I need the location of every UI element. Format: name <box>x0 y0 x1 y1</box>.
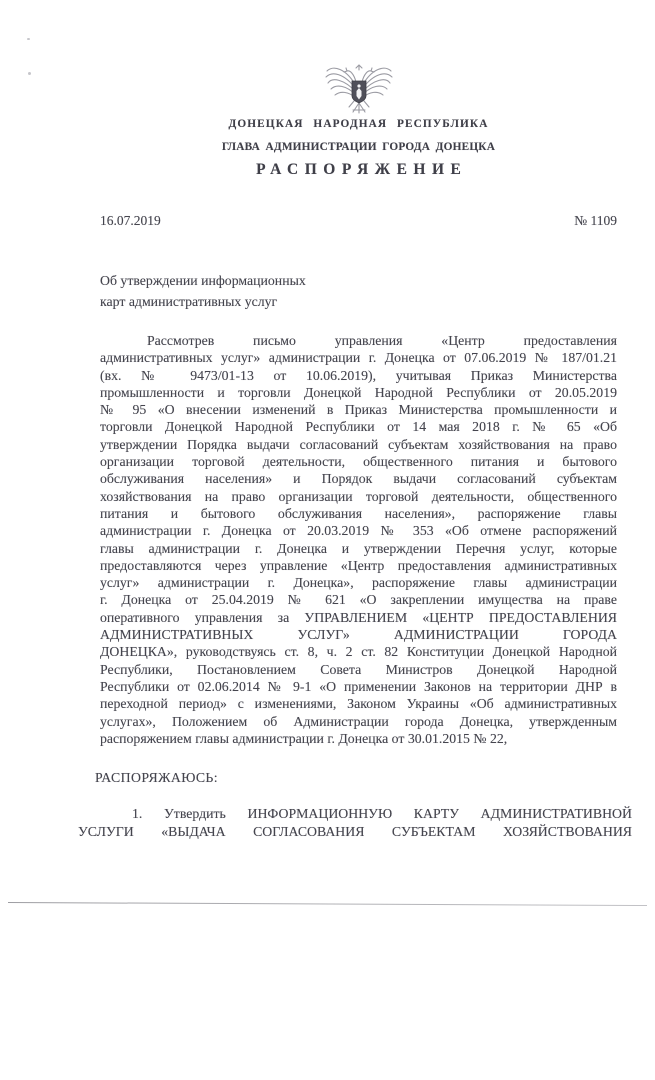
document-type-title: РАСПОРЯЖЕНИЕ <box>100 161 617 179</box>
text-line: АДМИНИСТРАТИВНЫХ УСЛУГ» АДМИНИСТРАЦИИ ГО… <box>100 626 617 643</box>
text-line: услугах», Положением об Администрации го… <box>100 713 617 730</box>
body-paragraph: Рассмотрев письмо управления «Центр пред… <box>100 332 617 747</box>
text-line: 1. Утвердить ИНФОРМАЦИОННУЮ КАРТУ АДМИНИ… <box>78 805 632 823</box>
scan-page-edge-line <box>8 902 647 906</box>
text-line: Республики от 02.06.2014 № 9-1 «О примен… <box>100 678 617 695</box>
text-line: (вх. № 9473/01-13 от 10.06.2019), учитыв… <box>100 367 617 384</box>
text-line: оперативного управления за УПРАВЛЕНИЕМ «… <box>100 609 617 626</box>
text-line: распоряжением главы администрации г. Дон… <box>100 730 617 747</box>
text-line: утверждении Порядка выдачи согласований … <box>100 436 617 453</box>
text-line: Республики, Постановлением Совета Минист… <box>100 661 617 678</box>
text-line: Рассмотрев письмо управления «Центр пред… <box>100 332 617 349</box>
text-line: № 95 «О внесении изменений в Приказ Мини… <box>100 401 617 418</box>
date-number-row: 16.07.2019 № 1109 <box>100 213 617 229</box>
resolution-clause: РАСПОРЯЖАЮСЬ: <box>95 770 218 786</box>
text-line: административных услуг» администрации г.… <box>100 349 617 366</box>
text-line: карт административных услуг <box>100 292 306 313</box>
issuing-authority: ГЛАВА АДМИНИСТРАЦИИ ГОРОДА ДОНЕЦКА <box>100 141 617 153</box>
text-line: Об утверждении информационных <box>100 271 306 292</box>
scan-speck <box>28 72 31 75</box>
text-line: промышленности и торговли Донецкой Народ… <box>100 384 617 401</box>
text-line: переходной период» с изменениями, Законо… <box>100 695 617 712</box>
ordered-item-1: 1. Утвердить ИНФОРМАЦИОННУЮ КАРТУ АДМИНИ… <box>78 805 632 840</box>
text-line: предоставляются через управление «Центр … <box>100 557 617 574</box>
document-number: № 1109 <box>574 213 617 229</box>
coat-of-arms-emblem <box>320 58 398 116</box>
text-line: г. Донецка от 25.04.2019 № 621 «О закреп… <box>100 591 617 608</box>
text-line: администрации г. Донецка от 20.03.2019 №… <box>100 522 617 539</box>
text-line: услуг» администрации г. Донецка», распор… <box>100 574 617 591</box>
scan-speck <box>27 38 30 40</box>
scanned-document-page: ДОНЕЦКАЯ НАРОДНАЯ РЕСПУБЛИКА ГЛАВА АДМИН… <box>0 0 655 1080</box>
text-line: главы администрации г. Донецка и утвержд… <box>100 540 617 557</box>
text-line: хозяйствования на право организации торг… <box>100 488 617 505</box>
text-line: питания и бытового обслуживания населени… <box>100 505 617 522</box>
text-line: обслуживания населения» и Порядок выдачи… <box>100 470 617 487</box>
text-line: ДОНЕЦКА», руководствуясь ст. 8, ч. 2 ст.… <box>100 643 617 660</box>
text-line: УСЛУГИ «ВЫДАЧА СОГЛАСОВАНИЯ СУБЪЕКТАМ ХО… <box>78 823 632 841</box>
republic-name: ДОНЕЦКАЯ НАРОДНАЯ РЕСПУБЛИКА <box>100 118 617 130</box>
subject-block: Об утверждении информационныхкарт админи… <box>100 271 306 312</box>
emblem-container <box>100 58 617 121</box>
text-line: торговли Донецкой Народной Республики от… <box>100 418 617 435</box>
text-line: организации торговой деятельности, общес… <box>100 453 617 470</box>
document-date: 16.07.2019 <box>100 213 161 229</box>
